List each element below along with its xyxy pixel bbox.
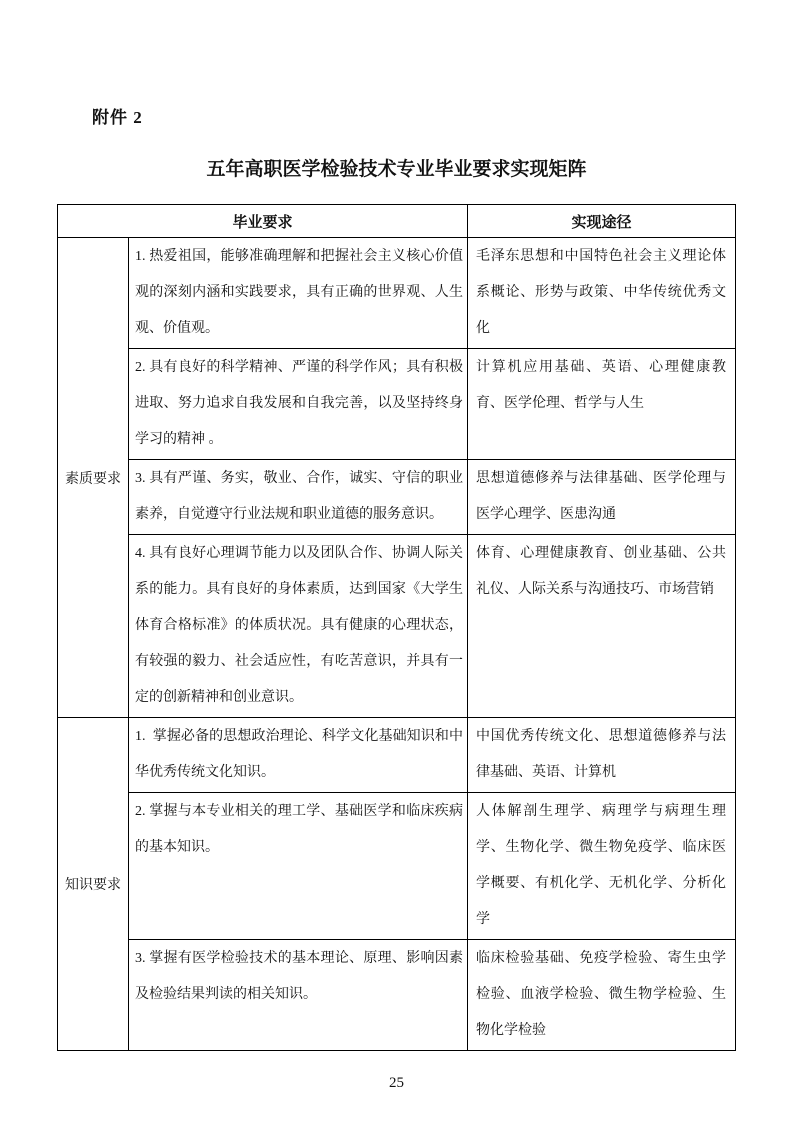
path-cell: 人体解剖生理学、病理学与病理生理学、生物化学、微生物免疫学、临床医学概要、有机化… bbox=[468, 793, 736, 940]
path-cell: 中国优秀传统文化、思想道德修养与法律基础、英语、计算机 bbox=[468, 718, 736, 793]
page-number: 25 bbox=[0, 1075, 793, 1092]
path-cell: 思想道德修养与法律基础、医学伦理与医学心理学、医患沟通 bbox=[468, 460, 736, 535]
requirement-cell: 4. 具有良好心理调节能力以及团队合作、协调人际关系的能力。具有良好的身体素质，… bbox=[129, 535, 468, 718]
requirement-cell: 2. 掌握与本专业相关的理工学、基础医学和临床疾病的基本知识。 bbox=[129, 793, 468, 940]
path-cell: 毛泽东思想和中国特色社会主义理论体系概论、形势与政策、中华传统优秀文化 bbox=[468, 238, 736, 349]
requirement-cell: 2. 具有良好的科学精神、严谨的科学作风；具有积极进取、努力追求自我发展和自我完… bbox=[129, 349, 468, 460]
attachment-label: 附件 2 bbox=[0, 0, 793, 128]
path-cell: 计算机应用基础、英语、心理健康教育、医学伦理、哲学与人生 bbox=[468, 349, 736, 460]
table-row: 3. 掌握有医学检验技术的基本理论、原理、影响因素及检验结果判读的相关知识。 临… bbox=[58, 940, 736, 1051]
page-title: 五年高职医学检验技术专业毕业要求实现矩阵 bbox=[0, 154, 793, 181]
table-row: 3. 具有严谨、务实，敬业、合作，诚实、守信的职业素养，自觉遵守行业法规和职业道… bbox=[58, 460, 736, 535]
requirement-cell: 1. 掌握必备的思想政治理论、科学文化基础知识和中华优秀传统文化知识。 bbox=[129, 718, 468, 793]
section-label-knowledge: 知识要求 bbox=[58, 718, 129, 1051]
path-cell: 体育、心理健康教育、创业基础、公共礼仪、人际关系与沟通技巧、市场营销 bbox=[468, 535, 736, 718]
document-page: 附件 2 五年高职医学检验技术专业毕业要求实现矩阵 毕业要求 实现途径 素质要求… bbox=[0, 0, 793, 1122]
table-row: 素质要求 1. 热爱祖国，能够准确理解和把握社会主义核心价值观的深刻内涵和实践要… bbox=[58, 238, 736, 349]
table-header-row: 毕业要求 实现途径 bbox=[58, 205, 736, 238]
column-header-requirement: 毕业要求 bbox=[58, 205, 468, 238]
path-cell: 临床检验基础、免疫学检验、寄生虫学检验、血液学检验、微生物学检验、生物化学检验 bbox=[468, 940, 736, 1051]
column-header-path: 实现途径 bbox=[468, 205, 736, 238]
requirement-cell: 3. 具有严谨、务实，敬业、合作，诚实、守信的职业素养，自觉遵守行业法规和职业道… bbox=[129, 460, 468, 535]
section-label-quality: 素质要求 bbox=[58, 238, 129, 718]
table-row: 2. 掌握与本专业相关的理工学、基础医学和临床疾病的基本知识。 人体解剖生理学、… bbox=[58, 793, 736, 940]
table-row: 2. 具有良好的科学精神、严谨的科学作风；具有积极进取、努力追求自我发展和自我完… bbox=[58, 349, 736, 460]
table-row: 4. 具有良好心理调节能力以及团队合作、协调人际关系的能力。具有良好的身体素质，… bbox=[58, 535, 736, 718]
requirement-cell: 3. 掌握有医学检验技术的基本理论、原理、影响因素及检验结果判读的相关知识。 bbox=[129, 940, 468, 1051]
requirements-matrix-table: 毕业要求 实现途径 素质要求 1. 热爱祖国，能够准确理解和把握社会主义核心价值… bbox=[57, 204, 736, 1051]
table-row: 知识要求 1. 掌握必备的思想政治理论、科学文化基础知识和中华优秀传统文化知识。… bbox=[58, 718, 736, 793]
requirement-cell: 1. 热爱祖国，能够准确理解和把握社会主义核心价值观的深刻内涵和实践要求，具有正… bbox=[129, 238, 468, 349]
